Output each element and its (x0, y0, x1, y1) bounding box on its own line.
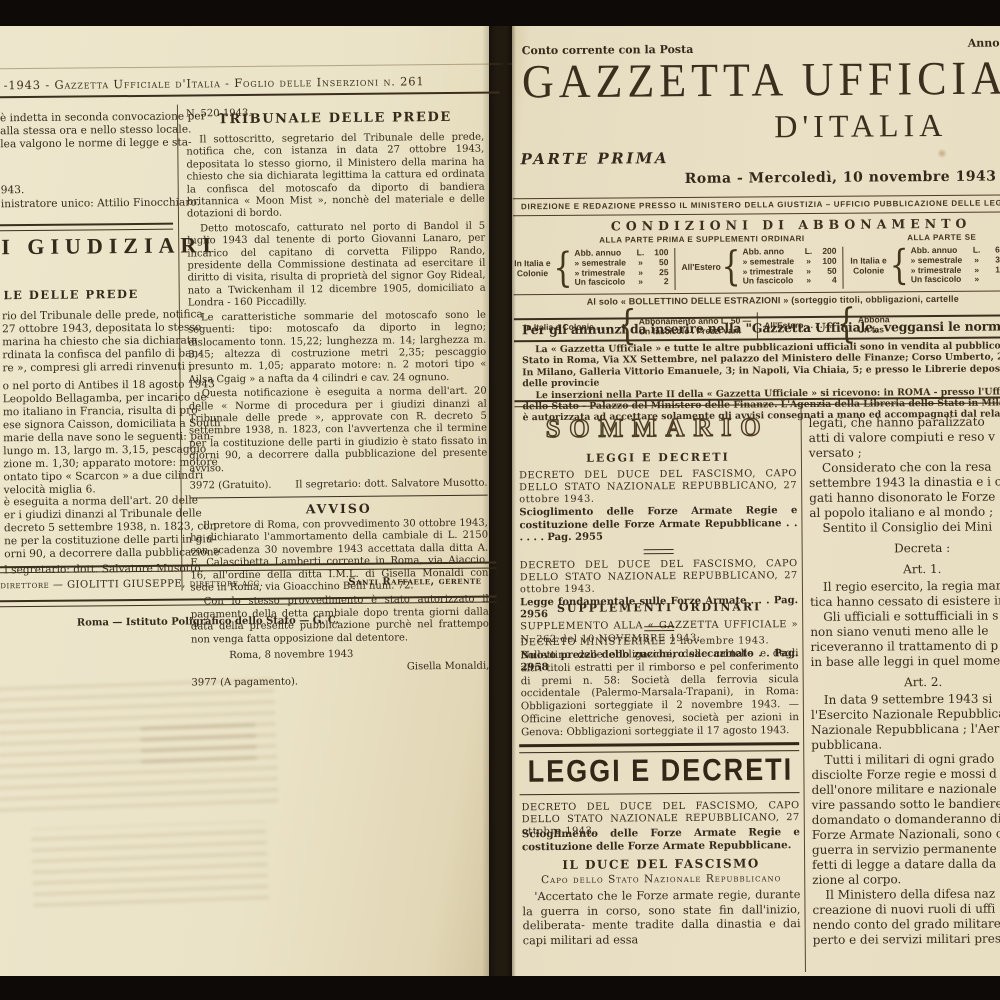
annunzi-giudiziari-header: I GIUDIZIARI (1, 233, 173, 261)
notice-head: N. 520-1943. TRIBUNALE DELLE PREDE (186, 106, 484, 135)
right-column-text: legati, che hanno paralizzatoatti di val… (809, 413, 1000, 947)
page-edge-line (0, 63, 513, 69)
decree-subject: Scioglimento delle Forze Armate Regie e … (522, 826, 800, 853)
column-text-line: al popolo italiano e al mondo ; (809, 503, 1000, 521)
dateline: Roma - Mercoledì, 10 novembre 1943 (685, 169, 997, 187)
brace-glyph: { (721, 243, 740, 290)
subscription-title: CONDIZIONI DI ABBONAMENTO (513, 212, 1000, 234)
notice-paragraphs: Il sottoscritto, segretario del Tribunal… (186, 132, 487, 476)
group-divider (842, 247, 843, 289)
show-through-smudge (31, 821, 269, 907)
cut-text-line: lea valgono le norme di legge e sta- (0, 136, 172, 151)
notice-number: N. 520-1943. (186, 108, 252, 120)
subscription-header-left: ALLA PARTE PRIMA E SUPPLEMENTI ORDINARI (599, 234, 805, 245)
column-text-line: versato ; (809, 443, 1000, 461)
section-rule (0, 223, 173, 232)
left-column-fragment-f: è eseguita a norma dell'art. 20 delleer … (4, 495, 177, 561)
left-page: -1943 - Gazzetta Ufficiale d'Italia - Fo… (0, 26, 489, 976)
column-text-line: zione al corpo. (812, 870, 1000, 888)
column-text-line: perto e dei servizi militari pres (813, 930, 1000, 948)
avviso-title: AVVISO (190, 500, 488, 518)
column-divider (801, 406, 806, 972)
subscription-groups: In Italia e Colonie { Abb. annuoL.100» s… (513, 245, 1000, 291)
column-text-line: Tutti i militari di ogni grado (811, 750, 1000, 768)
column-text-line: domandato o domanderanno di (812, 810, 1000, 828)
sommario-section-leggi: LEGGI E DECRETI (519, 450, 797, 465)
avviso-signature: Gisella Monaldi, (191, 661, 489, 675)
entry-separator (644, 549, 674, 554)
notice-paragraph: Detto motoscafo, catturato nel porto di … (187, 220, 486, 310)
column-text-line: Considerato che con la resa (809, 458, 1000, 476)
sommario-section-supplementi: SUPPLEMENTI ORDINARI (520, 600, 798, 615)
price-row: Un fascicolo»2 (575, 277, 669, 288)
column-text-line: legati, che hanno paralizzato (809, 413, 1000, 431)
show-through-smudge (140, 717, 256, 763)
left-column-fragment-e: marie della nave sono le seguenti: pan-l… (3, 431, 176, 497)
issuer-subtitle: Capo dello Stato Nazionale Repubblicano (522, 872, 800, 886)
masthead-subtitle: D'ITALIA (774, 107, 947, 145)
cut-text-line: inistratore unico: Attilio Finocchiaro. (1, 196, 173, 212)
column-text-line: In data 9 settembre 1943 si (811, 690, 1000, 708)
supplement-head: SUPPLEMENTO ALLA « GAZZETTA UFFICIALE » … (520, 618, 798, 646)
column-text-line: Sentito il Consiglio dei Mini (809, 518, 1000, 536)
tribunale-prede-subheader: LE DELLE PREDE (2, 287, 174, 303)
column-text-line: pubblicana. (811, 735, 1000, 753)
column-text-line: Art. 1. (810, 561, 1000, 578)
column-text-line: nendo conto del grado militare (813, 915, 1000, 933)
article-divider-rule (190, 495, 488, 499)
cut-text-line: orni 90, a decorrere dalla pubblicazione (4, 546, 176, 561)
brace-glyph: { (889, 242, 908, 289)
column-text-line: dell'onore militare e nazionale h (811, 780, 1000, 798)
notice-paragraph: Le caratteristiche sommarie del motoscaf… (188, 309, 487, 386)
avviso-place-date: Roma, 8 novembre 1943 (229, 648, 489, 661)
price-row: Un fascicolo»4 (743, 276, 837, 287)
left-column-fragment-b: 943.inistratore unico: Attilio Finocchia… (1, 182, 173, 212)
running-head: -1943 - Gazzetta Ufficiale d'Italia - Fo… (4, 74, 425, 92)
column-text-line: tica hanno cessato di esistere in (810, 592, 1000, 610)
footer-gerente: Santi Raffaele, gerente (348, 576, 481, 588)
right-page: Conto corrente con la Posta Anno GAZZETT… (512, 26, 1000, 976)
subscription-group-parte2: In Italia e Colonie { Abb. annuoL.60» se… (849, 245, 1000, 286)
notice-paragraph: Il sottoscritto, segretario del Tribunal… (186, 132, 485, 222)
column-text-line: Nazionale Repubblicana ; l'Aero (811, 720, 1000, 738)
page-gutter-shadow (482, 0, 516, 1000)
sommario-title: SOMMARIO (519, 412, 797, 444)
column-text-line: Decreta : (810, 540, 1000, 557)
masthead-title: GAZZETTA UFFICIALE (522, 50, 1000, 109)
column-text-line: vire passando sotto le bandiere re (812, 795, 1000, 813)
column-text-line: disciolte Forze regie e mossi d (811, 765, 1000, 783)
brace-glyph: { (553, 245, 572, 292)
column-text-line: Forze Armate Nazionali, sono c (812, 825, 1000, 843)
column-text-line: in base alle leggi in quel mome (810, 652, 1000, 670)
left-column-fragment-a: è indetta in seconda convocazione perall… (0, 111, 172, 151)
column-text-line: settembre 1943 la dinastia e i c (809, 473, 1000, 491)
annunzi-strip: Per gli annunzi da inserire nella "Gazze… (514, 314, 1000, 342)
price-row: Un fascicolo»2 (911, 275, 1000, 286)
group-divider (674, 248, 675, 290)
supplement-body: Bollettino delle obbligazioni, delle car… (520, 648, 799, 740)
column-text-line: Gli ufficiali e sottufficiali in s (810, 607, 1000, 625)
cut-text-line: ese signora Caisson, domiciliata a South (3, 417, 175, 432)
scanned-gazette-spread: -1943 - Gazzetta Ufficiale d'Italia - Fo… (0, 0, 1000, 1000)
fox-stain (937, 149, 948, 158)
column-text-line: Il regio esercito, la regia mar (810, 577, 1000, 595)
column-text-line: atti di valore compiuti e reso v (809, 428, 1000, 446)
column-text-line: Il Ministero della difesa naz (812, 885, 1000, 903)
edition-label: PARTE PRIMA (521, 149, 669, 168)
leggi-header-underline (520, 792, 800, 795)
column-text-line: creazione di nuovi ruoli di uffi (812, 900, 1000, 918)
running-head-rule (0, 91, 500, 98)
cut-text-line: re », compresi gli arredi rinvenuti i (2, 360, 174, 375)
year-label: Anno (968, 36, 1000, 49)
column-text-line: non siano venuti meno alle le (810, 622, 1000, 640)
subscription-group-estero: All'Estero { Abb. annoL.200» semestrale»… (681, 247, 836, 287)
column-text-line: riceveranno il trattamento di p (810, 637, 1000, 655)
left-column-fragment-d: o nel porto di Antibes il 18 agosto 1943… (3, 379, 175, 432)
leggi-decreti-header: LEGGI E DECRETI (521, 752, 799, 790)
left-column-fragment-c: rio del Tribunale delle prede, notifica2… (2, 309, 175, 375)
subscription-group-italia: In Italia e Colonie { Abb. annuoL.100» s… (513, 248, 668, 288)
decree-opening-paragraph: 'Accertato che le Forze armate regie, du… (522, 888, 800, 949)
cut-text-line: ontato tipo « Scarcon » a due cilindri (3, 469, 175, 484)
notice-paragraph: Questa notificazione è eseguita a norma … (189, 386, 488, 476)
scan-border-bottom (0, 976, 1000, 1000)
column-text-line: fetti di legge a datare dalla da (812, 855, 1000, 873)
column-text-line: Art. 2. (811, 674, 1000, 691)
column-text-line: gati hanno disonorato le Forze (809, 488, 1000, 506)
column-text-line: l'Esercito Nazionale Repubblica (811, 705, 1000, 723)
signature-row: 3972 (Gratuito). Il segretario: dott. Sa… (190, 478, 488, 492)
column-text-line: guerra in servizio permanente (812, 840, 1000, 858)
notice-signature: Il segretario: dott. Salvatore Musotto. (295, 478, 487, 491)
subscription-header-right: ALLA PARTE SE (907, 233, 976, 243)
issuer-title: IL DUCE DEL FASCISMO (522, 856, 800, 872)
sommario-entry: DECRETO DEL DUCE DEL FASCISMO, CAPO DELL… (519, 468, 798, 555)
notice-fee-number: 3972 (Gratuito). (190, 480, 272, 492)
bollettino-note: Al solo « BOLLETTINO DELLE ESTRAZIONI » … (587, 292, 1000, 306)
scan-border-top (0, 0, 1000, 26)
